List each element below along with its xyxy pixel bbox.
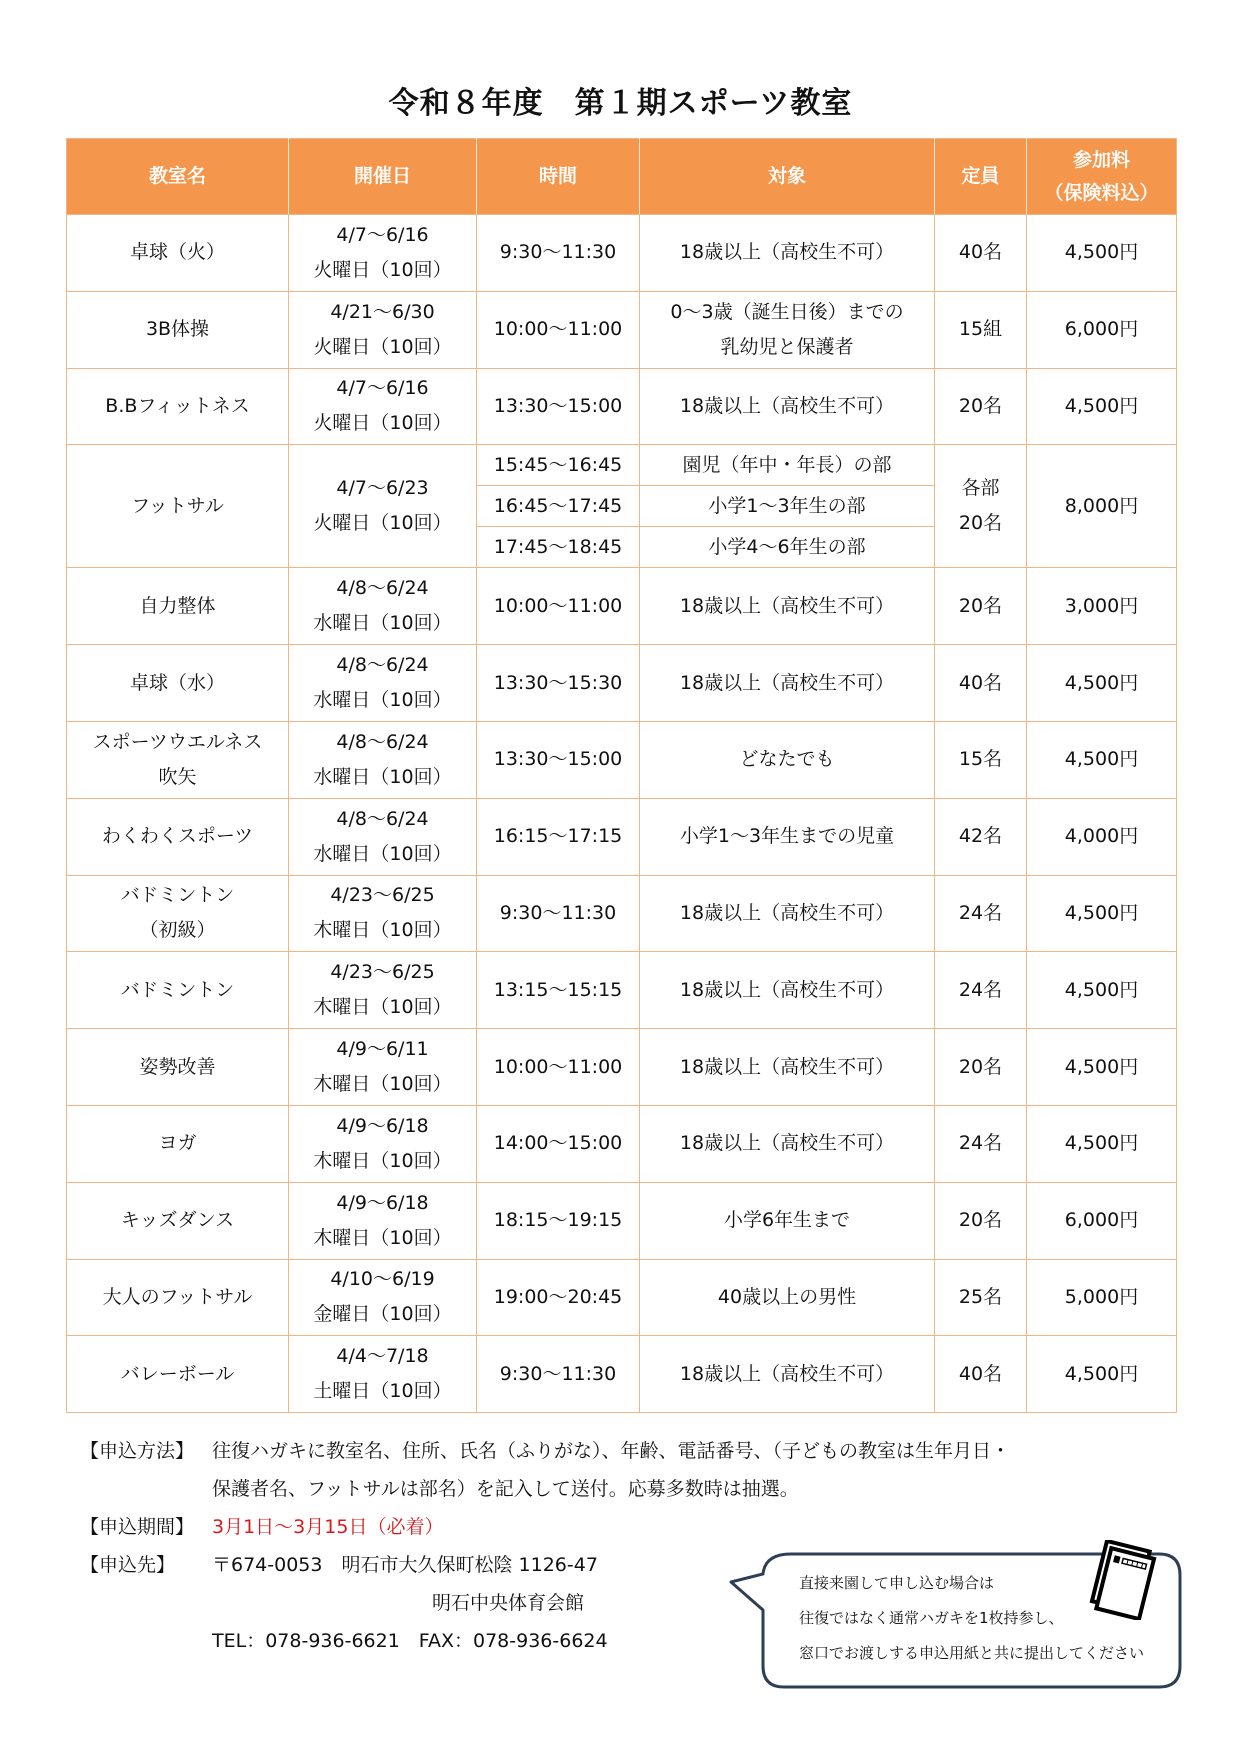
class-name: フットサル <box>67 495 288 518</box>
weekday-count: 土曜日（10回） <box>289 1374 476 1409</box>
date-range: 4/10～6/19 <box>289 1262 476 1297</box>
fee-cell: 4,500円 <box>1027 215 1177 292</box>
fee-cell: 4,000円 <box>1027 798 1177 875</box>
target-text: 18歳以上（高校生不可） <box>640 666 934 701</box>
header-target: 対象 <box>640 139 935 215</box>
class-name-cell: わくわくスポーツ <box>67 798 289 875</box>
page-title: 令和８年度 第１期スポーツ教室 <box>0 78 1241 122</box>
target-text: 18歳以上（高校生不可） <box>640 973 934 1008</box>
target-cell: どなたでも <box>640 721 935 798</box>
session-target: 小学4～6年生の部 <box>640 527 935 568</box>
weekday-count: 木曜日（10回） <box>289 913 476 948</box>
table-row: バドミントン4/23～6/25木曜日（10回）13:15～15:1518歳以上（… <box>67 952 1177 1029</box>
capacity-cell: 40名 <box>935 1336 1027 1413</box>
class-name: バドミントン <box>67 878 288 913</box>
class-name: スポーツウエルネス <box>67 725 288 760</box>
date-range: 4/8～6/24 <box>289 802 476 837</box>
fee-cell: 6,000円 <box>1027 291 1177 368</box>
fee-cell: 4,500円 <box>1027 1029 1177 1106</box>
weekday-count: 木曜日（10回） <box>289 1144 476 1179</box>
date-range: 4/21～6/30 <box>289 295 476 330</box>
target-text: 40歳以上の男性 <box>640 1280 934 1315</box>
dates-cell: 4/8～6/24水曜日（10回） <box>289 645 477 722</box>
class-name: キッズダンス <box>67 1203 288 1238</box>
class-name-cell: バドミントン <box>67 952 289 1029</box>
contact-line: TEL：078-936-6621 FAX：078-936-6624 <box>212 1622 608 1660</box>
table-row: わくわくスポーツ4/8～6/24水曜日（10回）16:15～17:15小学1～3… <box>67 798 1177 875</box>
date-range: 4/8～6/24 <box>289 571 476 606</box>
bubble-line3: 窓口でお渡しする申込用紙と共に提出してください <box>799 1636 1144 1671</box>
target-cell: 18歳以上（高校生不可） <box>640 215 935 292</box>
class-name-cell: 卓球（水） <box>67 645 289 722</box>
time-cell: 10:00～11:00 <box>477 291 640 368</box>
date-range: 4/4～7/18 <box>289 1339 476 1374</box>
target-text: 18歳以上（高校生不可） <box>640 389 934 424</box>
capacity-cell: 15名 <box>935 721 1027 798</box>
target-text: 18歳以上（高校生不可） <box>640 896 934 931</box>
session-target: 園児（年中・年長）の部 <box>640 445 935 486</box>
fee-cell: 4,500円 <box>1027 645 1177 722</box>
header-name: 教室名 <box>67 139 289 215</box>
capacity-cell: 20名 <box>935 1029 1027 1106</box>
dates-cell: 4/7～6/16火曜日（10回） <box>289 215 477 292</box>
session-time: 17:45～18:45 <box>477 527 640 568</box>
class-name-cell: バレーボール <box>67 1336 289 1413</box>
weekday-count: 木曜日（10回） <box>289 990 476 1025</box>
weekday-count: 火曜日（10回） <box>289 406 476 441</box>
bubble-line2: 往復ではなく通常ハガキを1枚持参し、 <box>799 1601 1144 1636</box>
time-cell: 13:15～15:15 <box>477 952 640 1029</box>
class-name: ヨガ <box>67 1126 288 1161</box>
class-name: （初級） <box>67 913 288 948</box>
header-time: 時間 <box>477 139 640 215</box>
date-range: 4/9～6/11 <box>289 1032 476 1067</box>
table-header-row: 教室名 開催日 時間 対象 定員 参加料 （保険料込） <box>67 139 1177 215</box>
class-name: 卓球（水） <box>67 666 288 701</box>
date-range: 4/7～6/23 <box>289 471 476 506</box>
period-label: 【申込期間】 <box>80 1508 194 1546</box>
fee-cell: 4,500円 <box>1027 368 1177 445</box>
weekday-count: 水曜日（10回） <box>289 837 476 872</box>
target-cell: 18歳以上（高校生不可） <box>640 1029 935 1106</box>
schedule-table: 教室名 開催日 時間 対象 定員 参加料 （保険料込） 卓球（火）4/7～6/1… <box>66 138 1177 1413</box>
header-fee-line2: （保険料込） <box>1027 177 1176 209</box>
target-text: 18歳以上（高校生不可） <box>640 589 934 624</box>
table-row: ヨガ4/9～6/18木曜日（10回）14:00～15:0018歳以上（高校生不可… <box>67 1105 1177 1182</box>
capacity-cell: 20名 <box>935 568 1027 645</box>
target-text: 小学1～3年生までの児童 <box>640 819 934 854</box>
target-cell: 0～3歳（誕生日後）までの乳幼児と保護者 <box>640 291 935 368</box>
capacity-line1: 各部 <box>935 471 1026 506</box>
target-text: 0～3歳（誕生日後）までの <box>640 295 934 330</box>
capacity-cell: 15組 <box>935 291 1027 368</box>
table-row: キッズダンス4/9～6/18木曜日（10回）18:15～19:15小学6年生まで… <box>67 1182 1177 1259</box>
header-dates: 開催日 <box>289 139 477 215</box>
bubble-line1: 直接来園して申し込む場合は <box>799 1566 1144 1601</box>
address-line1: 〒674-0053 明石市大久保町松陰 1126-47 <box>212 1546 598 1584</box>
class-name: 吹矢 <box>67 760 288 795</box>
target-text: どなたでも <box>640 742 934 777</box>
capacity-cell: 42名 <box>935 798 1027 875</box>
time-cell: 13:30～15:00 <box>477 368 640 445</box>
target-cell: 18歳以上（高校生不可） <box>640 368 935 445</box>
fee-cell: 3,000円 <box>1027 568 1177 645</box>
target-cell: 小学1～3年生までの児童 <box>640 798 935 875</box>
table-row: 姿勢改善4/9～6/11木曜日（10回）10:00～11:0018歳以上（高校生… <box>67 1029 1177 1106</box>
date-range: 4/23～6/25 <box>289 878 476 913</box>
dates-cell: 4/8～6/24水曜日（10回） <box>289 798 477 875</box>
dates-cell: 4/21～6/30火曜日（10回） <box>289 291 477 368</box>
target-cell: 18歳以上（高校生不可） <box>640 1105 935 1182</box>
time-cell: 14:00～15:00 <box>477 1105 640 1182</box>
address-label: 【申込先】 <box>80 1546 175 1584</box>
weekday-count: 火曜日（10回） <box>289 506 476 541</box>
class-name-cell: 自力整体 <box>67 568 289 645</box>
time-cell: 18:15～19:15 <box>477 1182 640 1259</box>
weekday-count: 木曜日（10回） <box>289 1067 476 1102</box>
weekday-count: 水曜日（10回） <box>289 683 476 718</box>
target-text: 18歳以上（高校生不可） <box>640 1357 934 1392</box>
capacity-cell: 20名 <box>935 368 1027 445</box>
table-row: B.Bフィットネス4/7～6/16火曜日（10回）13:30～15:0018歳以… <box>67 368 1177 445</box>
dates-cell: 4/23～6/25木曜日（10回） <box>289 952 477 1029</box>
fee-cell: 8,000円 <box>1027 445 1177 568</box>
weekday-count: 火曜日（10回） <box>289 330 476 365</box>
dates-cell: 4/8～6/24水曜日（10回） <box>289 721 477 798</box>
session-time: 15:45～16:45 <box>477 445 640 486</box>
date-range: 4/8～6/24 <box>289 648 476 683</box>
target-text: 18歳以上（高校生不可） <box>640 235 934 270</box>
capacity-cell: 25名 <box>935 1259 1027 1336</box>
header-fee: 参加料 （保険料込） <box>1027 139 1177 215</box>
class-name: 自力整体 <box>67 589 288 624</box>
target-cell: 18歳以上（高校生不可） <box>640 1336 935 1413</box>
date-range: 4/9～6/18 <box>289 1109 476 1144</box>
dates-cell: 4/9～6/18木曜日（10回） <box>289 1105 477 1182</box>
class-name-cell: 3B体操 <box>67 291 289 368</box>
bubble-text: 直接来園して申し込む場合は 往復ではなく通常ハガキを1枚持参し、 窓口でお渡しす… <box>799 1566 1144 1671</box>
date-range: 4/7～6/16 <box>289 371 476 406</box>
capacity-line2: 20名 <box>935 506 1026 541</box>
date-range: 4/9～6/18 <box>289 1186 476 1221</box>
weekday-count: 木曜日（10回） <box>289 1221 476 1256</box>
time-cell: 10:00～11:00 <box>477 568 640 645</box>
fee-cell: 4,500円 <box>1027 721 1177 798</box>
method-line1: 往復ハガキに教室名、住所、氏名（ふりがな）、年齢、電話番号、（子どもの教室は生年… <box>212 1432 1010 1470</box>
fee-cell: 5,000円 <box>1027 1259 1177 1336</box>
date-range: 4/8～6/24 <box>289 725 476 760</box>
weekday-count: 水曜日（10回） <box>289 760 476 795</box>
dates-cell: 4/8～6/24水曜日（10回） <box>289 568 477 645</box>
fee-cell: 4,500円 <box>1027 875 1177 952</box>
method-label: 【申込方法】 <box>80 1432 194 1470</box>
header-fee-line1: 参加料 <box>1027 144 1176 176</box>
time-cell: 16:15～17:15 <box>477 798 640 875</box>
table-row: バレーボール4/4～7/18土曜日（10回）9:30～11:3018歳以上（高校… <box>67 1336 1177 1413</box>
address-line2: 明石中央体育会館 <box>432 1584 584 1622</box>
weekday-count: 火曜日（10回） <box>289 253 476 288</box>
class-name-cell: 姿勢改善 <box>67 1029 289 1106</box>
dates-cell: 4/4～7/18土曜日（10回） <box>289 1336 477 1413</box>
capacity-cell: 24名 <box>935 952 1027 1029</box>
table-row: スポーツウエルネス吹矢4/8～6/24水曜日（10回）13:30～15:00どな… <box>67 721 1177 798</box>
target-cell: 18歳以上（高校生不可） <box>640 952 935 1029</box>
class-name: B.Bフィットネス <box>67 389 288 424</box>
class-name-cell: バドミントン（初級） <box>67 875 289 952</box>
dates-cell: 4/9～6/11木曜日（10回） <box>289 1029 477 1106</box>
weekday-count: 金曜日（10回） <box>289 1297 476 1332</box>
class-name: バドミントン <box>67 973 288 1008</box>
fee-cell: 4,500円 <box>1027 952 1177 1029</box>
capacity-cell: 24名 <box>935 1105 1027 1182</box>
class-name-cell: B.Bフィットネス <box>67 368 289 445</box>
weekday-count: 水曜日（10回） <box>289 606 476 641</box>
class-name: 3B体操 <box>67 312 288 347</box>
table-row: 卓球（水）4/8～6/24水曜日（10回）13:30～15:3018歳以上（高校… <box>67 645 1177 722</box>
method-line2: 保護者名、フットサルは部名）を記入して送付。応募多数時は抽選。 <box>212 1470 799 1508</box>
dates-cell: 4/10～6/19金曜日（10回） <box>289 1259 477 1336</box>
time-cell: 9:30～11:30 <box>477 1336 640 1413</box>
target-cell: 小学6年生まで <box>640 1182 935 1259</box>
class-name: バレーボール <box>67 1357 288 1392</box>
time-cell: 13:30～15:00 <box>477 721 640 798</box>
capacity-cell: 20名 <box>935 1182 1027 1259</box>
table-row: 自力整体4/8～6/24水曜日（10回）10:00～11:0018歳以上（高校生… <box>67 568 1177 645</box>
target-cell: 18歳以上（高校生不可） <box>640 645 935 722</box>
info-speech-bubble: 直接来園して申し込む場合は 往復ではなく通常ハガキを1枚持参し、 窓口でお渡しす… <box>763 1554 1180 1687</box>
target-text: 18歳以上（高校生不可） <box>640 1126 934 1161</box>
class-name-cell: 卓球（火） <box>67 215 289 292</box>
target-cell: 18歳以上（高校生不可） <box>640 875 935 952</box>
class-name: 大人のフットサル <box>67 1280 288 1315</box>
time-cell: 19:00～20:45 <box>477 1259 640 1336</box>
fee-cell: 4,500円 <box>1027 1105 1177 1182</box>
session-time: 16:45～17:45 <box>477 486 640 527</box>
fee-cell: 6,000円 <box>1027 1182 1177 1259</box>
target-text: 18歳以上（高校生不可） <box>640 1050 934 1085</box>
class-name: 卓球（火） <box>67 235 288 270</box>
period-value: 3月1日～3月15日（必着） <box>212 1508 443 1546</box>
class-name-cell: 大人のフットサル <box>67 1259 289 1336</box>
class-name-cell: フットサル <box>67 445 289 568</box>
dates-cell: 4/9～6/18木曜日（10回） <box>289 1182 477 1259</box>
table-row: バドミントン（初級）4/23～6/25木曜日（10回）9:30～11:3018歳… <box>67 875 1177 952</box>
class-name-cell: キッズダンス <box>67 1182 289 1259</box>
target-cell: 18歳以上（高校生不可） <box>640 568 935 645</box>
capacity-cell: 40名 <box>935 645 1027 722</box>
class-name-cell: ヨガ <box>67 1105 289 1182</box>
class-name: 姿勢改善 <box>67 1050 288 1085</box>
time-cell: 9:30～11:30 <box>477 875 640 952</box>
session-target: 小学1～3年生の部 <box>640 486 935 527</box>
target-text: 乳幼児と保護者 <box>640 330 934 365</box>
table-row: 3B体操4/21～6/30火曜日（10回）10:00～11:000～3歳（誕生日… <box>67 291 1177 368</box>
capacity-cell: 24名 <box>935 875 1027 952</box>
header-capacity: 定員 <box>935 139 1027 215</box>
time-cell: 10:00～11:00 <box>477 1029 640 1106</box>
target-cell: 40歳以上の男性 <box>640 1259 935 1336</box>
date-range: 4/7～6/16 <box>289 218 476 253</box>
time-cell: 9:30～11:30 <box>477 215 640 292</box>
target-text: 小学6年生まで <box>640 1203 934 1238</box>
capacity-cell: 40名 <box>935 215 1027 292</box>
table-row: 大人のフットサル4/10～6/19金曜日（10回）19:00～20:4540歳以… <box>67 1259 1177 1336</box>
capacity-cell: 各部20名 <box>935 445 1027 568</box>
dates-cell: 4/7～6/23火曜日（10回） <box>289 445 477 568</box>
time-cell: 13:30～15:30 <box>477 645 640 722</box>
date-range: 4/23～6/25 <box>289 955 476 990</box>
table-row: 卓球（火）4/7～6/16火曜日（10回）9:30～11:3018歳以上（高校生… <box>67 215 1177 292</box>
table-row: フットサル4/7～6/23火曜日（10回）15:45～16:45園児（年中・年長… <box>67 445 1177 486</box>
dates-cell: 4/7～6/16火曜日（10回） <box>289 368 477 445</box>
dates-cell: 4/23～6/25木曜日（10回） <box>289 875 477 952</box>
class-name-cell: スポーツウエルネス吹矢 <box>67 721 289 798</box>
fee-cell: 4,500円 <box>1027 1336 1177 1413</box>
class-name: わくわくスポーツ <box>67 819 288 854</box>
